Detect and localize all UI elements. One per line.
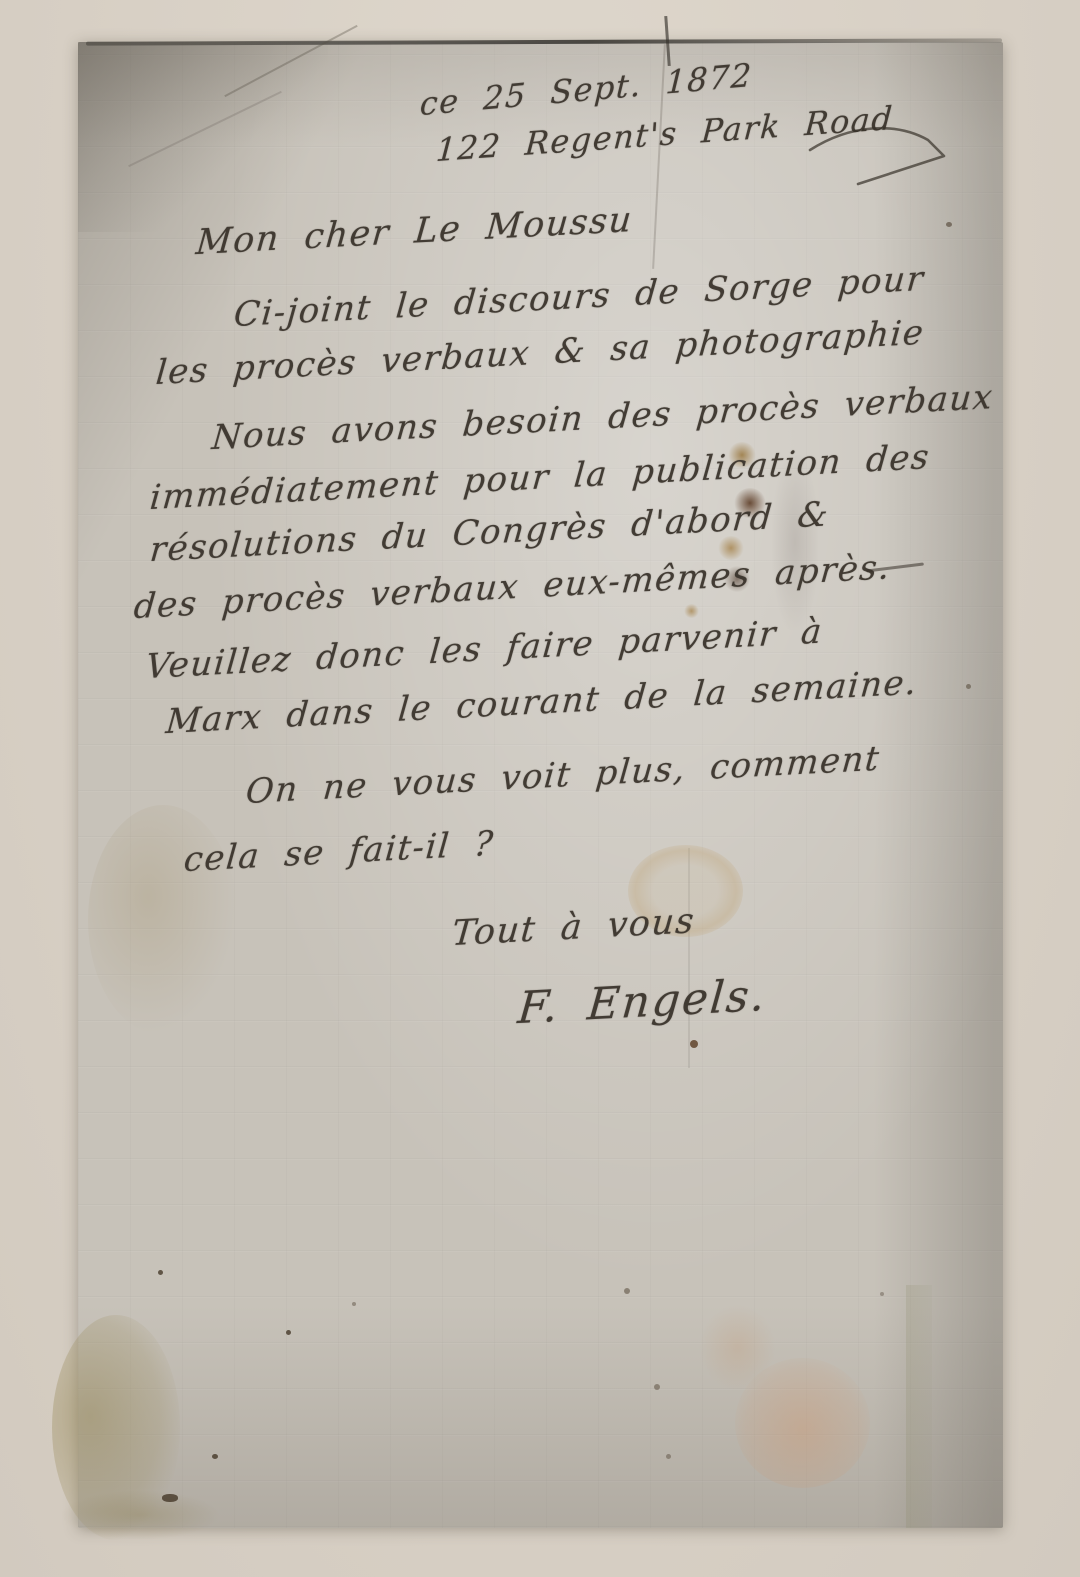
speck [654,1384,660,1390]
speck [352,1302,356,1306]
stain [60,1490,220,1540]
speck [158,1270,163,1275]
speck [690,1040,698,1048]
signature: F. Engels. [516,974,768,1031]
ink-blot [684,604,699,618]
speck [286,1330,291,1335]
speck [624,1288,630,1294]
speck [966,684,971,689]
speck [880,1292,884,1296]
speck [162,1494,178,1502]
speck [212,1454,218,1459]
pen-flourish-icon [806,116,956,192]
stain [700,1305,775,1390]
speck [946,222,952,227]
corner-fold-shadow [78,42,328,232]
letter-photograph: ce 25 Sept. 1872 122 Regent's Park Road … [0,0,1080,1577]
speck [666,1454,671,1459]
water-streak [906,1285,932,1528]
